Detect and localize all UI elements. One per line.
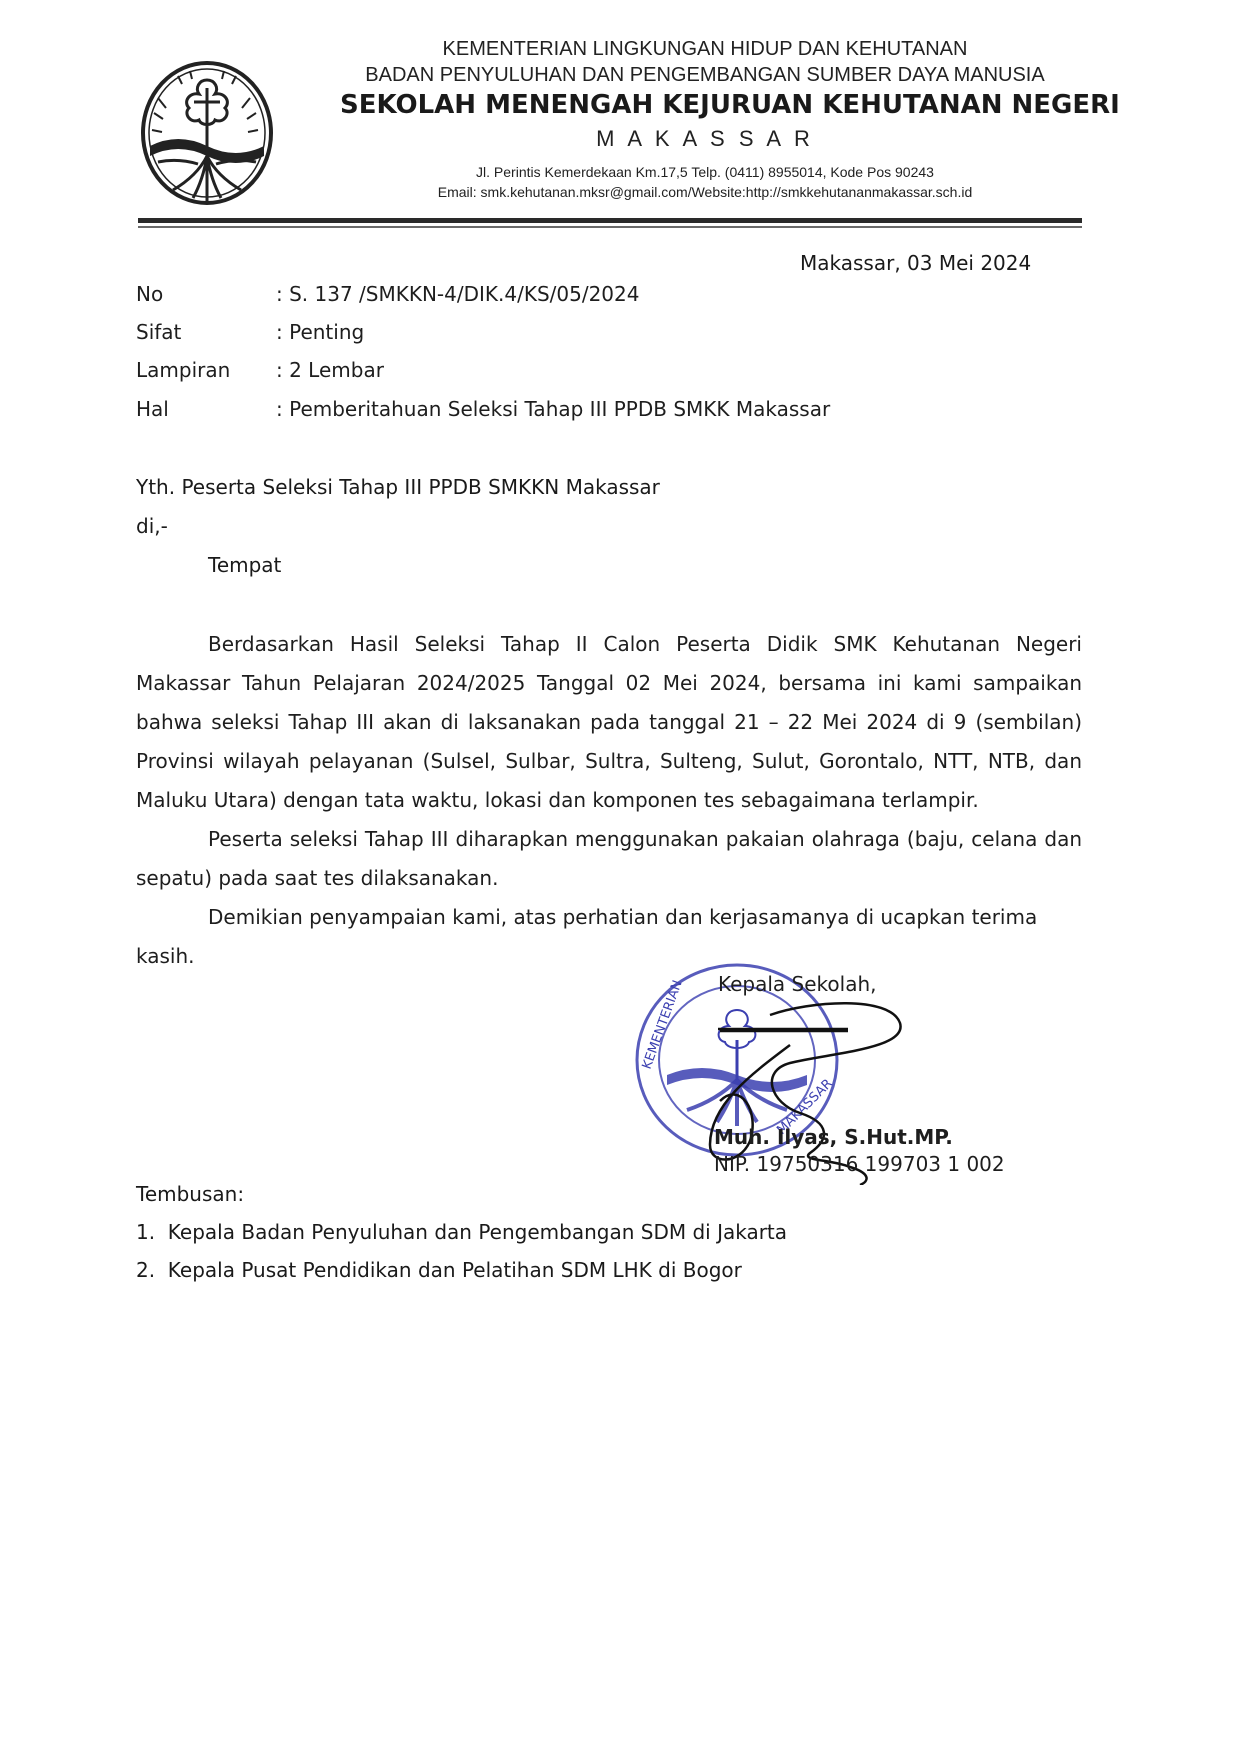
meta-value: : 2 Lembar (276, 358, 384, 382)
body-paragraph-3: Demikian penyampaian kami, atas perhatia… (136, 898, 1082, 976)
school-name: SEKOLAH MENENGAH KEJURUAN KEHUTANAN NEGE… (340, 90, 1070, 120)
meta-value: : S. 137 /SMKKN-4/DIK.4/KS/05/2024 (276, 282, 639, 306)
svg-text:KEMENTERIAN: KEMENTERIAN (640, 978, 686, 1071)
letterhead: KEMENTERIAN LINGKUNGAN HIDUP DAN KEHUTAN… (340, 36, 1070, 206)
recipient-prefix: di,- (136, 514, 168, 538)
cc-heading: Tembusan: (136, 1182, 244, 1206)
letterhead-divider-thin (138, 226, 1082, 228)
meta-value: : Pemberitahuan Seleksi Tahap III PPDB S… (276, 397, 830, 421)
school-city: M A K A S S A R (340, 126, 1070, 152)
letterhead-divider (138, 218, 1082, 223)
meta-label: No (136, 282, 276, 306)
agency-name: BADAN PENYULUHAN DAN PENGEMBANGAN SUMBER… (340, 64, 1070, 87)
body-paragraph-1: Berdasarkan Hasil Seleksi Tahap II Calon… (136, 625, 1082, 820)
school-address: Jl. Perintis Kemerdekaan Km.17,5 Telp. (… (340, 164, 1070, 180)
meta-row-attachment: Lampiran: 2 Lembar (136, 358, 384, 382)
cc-item: 2. Kepala Pusat Pendidikan dan Pelatihan… (136, 1258, 742, 1282)
signatory-nip: NIP. 19750316 199703 1 002 (714, 1152, 1005, 1176)
signatory-name: Muh. Ilyas, S.Hut.MP. (714, 1125, 953, 1149)
recipient-place: Tempat (208, 553, 281, 577)
meta-row-nature: Sifat: Penting (136, 320, 364, 344)
ministry-logo-icon (138, 58, 276, 208)
meta-row-subject: Hal: Pemberitahuan Seleksi Tahap III PPD… (136, 397, 830, 421)
school-contact: Email: smk.kehutanan.mksr@gmail.com/Webs… (340, 184, 1070, 200)
meta-label: Lampiran (136, 358, 276, 382)
meta-value: : Penting (276, 320, 364, 344)
letter-date: Makassar, 03 Mei 2024 (800, 251, 1031, 275)
ministry-name: KEMENTERIAN LINGKUNGAN HIDUP DAN KEHUTAN… (340, 38, 1070, 61)
recipient-line: Yth. Peserta Seleksi Tahap III PPDB SMKK… (136, 475, 660, 499)
meta-label: Hal (136, 397, 276, 421)
cc-item: 1. Kepala Badan Penyuluhan dan Pengemban… (136, 1220, 787, 1244)
body-paragraph-2: Peserta seleksi Tahap III diharapkan men… (136, 820, 1082, 898)
meta-label: Sifat (136, 320, 276, 344)
meta-row-number: No: S. 137 /SMKKN-4/DIK.4/KS/05/2024 (136, 282, 639, 306)
